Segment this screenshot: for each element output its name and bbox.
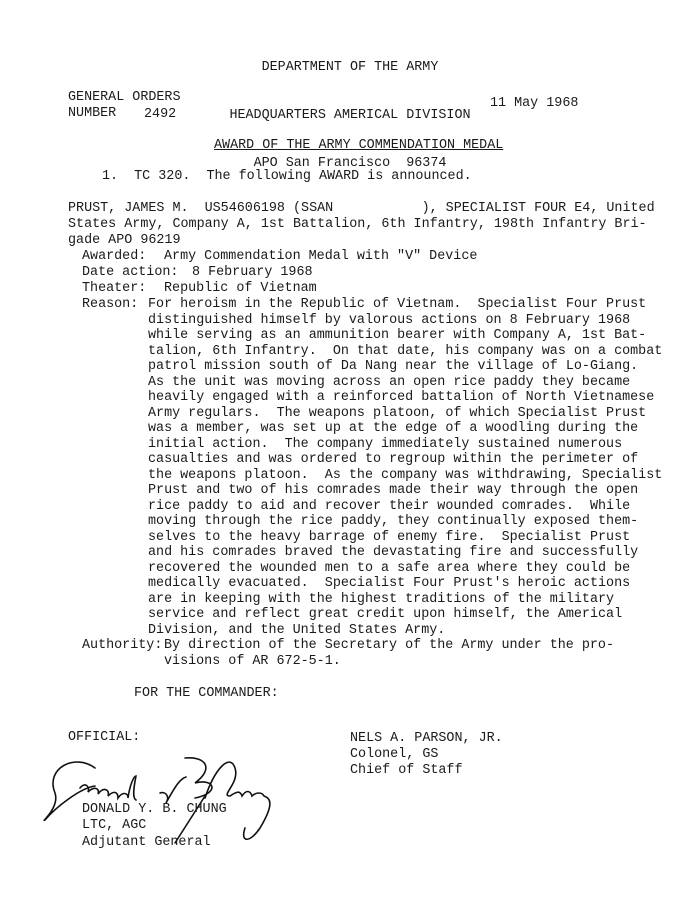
awarded-value: Army Commendation Medal with "V" Device [164, 249, 477, 265]
reason-line: talion, 6th Infantry. On that date, his … [148, 344, 662, 361]
authority-line-1: By direction of the Secretary of the Arm… [164, 638, 614, 654]
letterhead-department: DEPARTMENT OF THE ARMY [0, 60, 700, 76]
official-rank: LTC, AGC [82, 818, 146, 834]
official-title: Adjutant General [82, 835, 211, 851]
signature-icon [35, 748, 295, 848]
theater-value: Republic of Vietnam [164, 281, 317, 297]
awarded-label: Awarded: [82, 249, 146, 265]
reason-label: Reason: [82, 297, 138, 313]
authority-label: Authority: [82, 638, 162, 654]
official-name: DONALD Y. B. CHUNG [82, 802, 227, 818]
commander-rank: Colonel, GS [350, 747, 438, 763]
reason-line: patrol mission south of Da Nang near the… [148, 359, 638, 376]
closing-line: FOR THE COMMANDER: [134, 686, 279, 702]
reason-line: the weapons platoon. As the company was … [148, 468, 662, 485]
reason-line: initial action. The company immediately … [148, 437, 622, 454]
reason-line: casualties and was ordered to regroup wi… [148, 452, 638, 469]
reason-line: and his comrades braved the devastating … [148, 545, 638, 562]
date-action-label: Date action: [82, 265, 178, 281]
reason-line: moving through the rice paddy, they cont… [148, 514, 638, 531]
general-orders-label: GENERAL ORDERS [68, 90, 181, 106]
reason-line: As the unit was moving across an open ri… [148, 375, 630, 392]
commander-title: Chief of Staff [350, 763, 463, 779]
document-title: AWARD OF THE ARMY COMMENDATION MEDAL [214, 138, 503, 154]
reason-line: service and reflect great credit upon hi… [148, 607, 622, 624]
number-label: NUMBER [68, 106, 116, 122]
reason-line: are in keeping with the highest traditio… [148, 592, 614, 609]
official-label: OFFICIAL: [68, 730, 140, 746]
reason-line: Division, and the United States Army. [148, 623, 445, 640]
reason-line: distinguished himself by valorous action… [148, 313, 630, 330]
reason-line: Army regulars. The weapons platoon, of w… [148, 406, 646, 423]
reason-line: selves to the heavy barrage of enemy fir… [148, 530, 630, 547]
reason-line: rice paddy to aid and recover their woun… [148, 499, 630, 516]
theater-label: Theater: [82, 281, 146, 297]
reason-line: heavily engaged with a reinforced battal… [148, 390, 654, 407]
recipient-line-2: States Army, Company A, 1st Battalion, 6… [68, 217, 647, 233]
reason-line: was a member, was set up at the edge of … [148, 421, 638, 438]
recipient-line-1: PRUST, JAMES M. US54606198 (SSAN ), SPEC… [68, 201, 655, 217]
reason-line: recovered the wounded men to a safe area… [148, 561, 630, 578]
date-action-value: 8 February 1968 [192, 265, 313, 281]
reason-line: For heroism in the Republic of Vietnam. … [148, 297, 646, 314]
reason-line: while serving as an ammunition bearer wi… [148, 328, 646, 345]
reason-line: medically evacuated. Specialist Four Pru… [148, 576, 630, 593]
order-number: 2492 [144, 107, 176, 123]
announcement: 1. TC 320. The following AWARD is announ… [102, 169, 472, 185]
authority-line-2: visions of AR 672-5-1. [164, 654, 341, 670]
commander-name: NELS A. PARSON, JR. [350, 731, 503, 747]
recipient-line-3: gade APO 96219 [68, 233, 181, 249]
reason-line: Prust and two of his comrades made their… [148, 483, 638, 500]
order-date: 11 May 1968 [490, 96, 578, 112]
